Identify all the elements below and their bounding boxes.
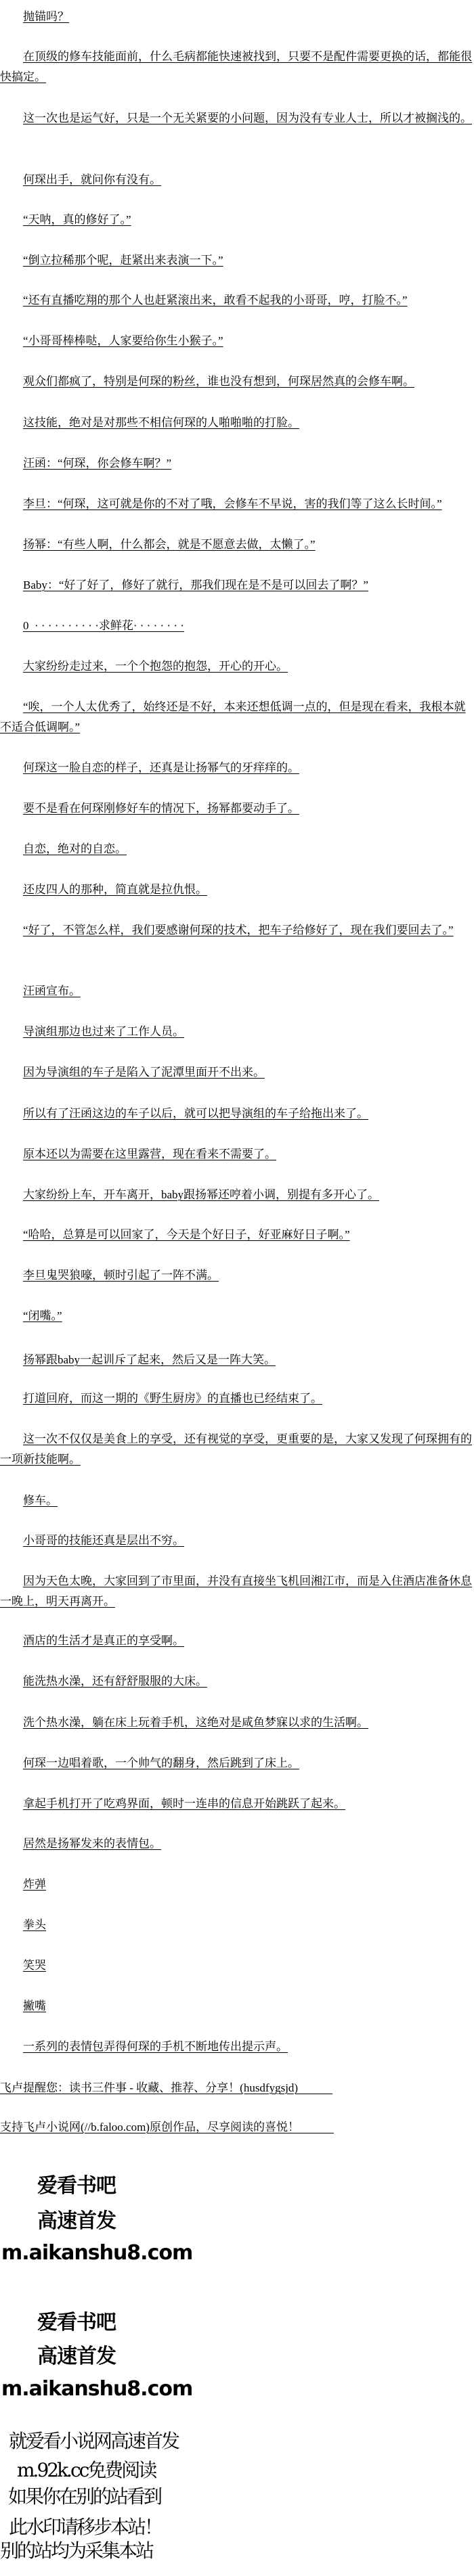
watermark-line: m.92k.cc免费阅读 xyxy=(17,2459,155,2482)
paragraph: “天呐，真的修好了。” xyxy=(0,210,474,230)
novel-reader-page: 抛锚吗？在顶级的修车技能面前，什么毛病都能快速被找到，只要不是配件需要更换的话，… xyxy=(0,0,474,2576)
paragraph: “唉，一个人太优秀了，始终还是不好，本来还想低调一点的，但是现在看来，我根本就不… xyxy=(0,697,474,738)
paragraph: 这一次也是运气好，只是一个无关紧要的小问题，因为没有专业人士，所以才被搁浅的。 xyxy=(0,108,474,129)
promo-line: 高速首发 xyxy=(37,2345,116,2368)
paragraph: 何琛出手，就问你有没有。 xyxy=(0,170,474,190)
paragraph: “倒立拉稀那个呢，赶紧出来表演一下。” xyxy=(0,250,474,271)
paragraph: 李旦鬼哭狼嚎，顿时引起了一阵不满。 xyxy=(0,1265,474,1286)
paragraph: 修车。 xyxy=(0,1491,474,1511)
paragraph: 打道回府，而这一期的《野生厨房》的直播也已经结束了。 xyxy=(0,1388,474,1409)
paragraph: “还有直播吃翔的那个人也赶紧滚出来，敢看不起我的小哥哥，哼，打脸不。” xyxy=(0,290,474,311)
paragraph: “哈哈，总算是可以回家了，今天是个好日子，好亚麻好日子啊。” xyxy=(0,1225,474,1245)
paragraph: 能洗热水澡，还有舒舒服服的大床。 xyxy=(0,1671,474,1692)
paragraph: 大家纷纷走过来，一个个抱怨的抱怨，开心的开心。 xyxy=(0,656,474,677)
paragraph: 拳头 xyxy=(0,1915,474,1935)
paragraph: Baby：“好了好了，修好了就行，那我们现在是不是可以回去了啊？” xyxy=(0,575,474,595)
paragraph: 还皮四人的那种，简直就是拉仇恨。 xyxy=(0,880,474,900)
paragraph: 原本还以为需要在这里露营，现在看来不需要了。 xyxy=(0,1144,474,1165)
paragraph: 一系列的表情包弄得何琛的手机不断地传出提示声。 xyxy=(0,2037,474,2057)
paragraph: 何琛这一脸自恋的样子，还真是让扬幂气的牙痒痒的。 xyxy=(0,758,474,778)
promo-line: m.aikanshu8.com xyxy=(1,2242,192,2265)
paragraph: 所以有了汪函这边的车子以后，就可以把导演组的车子给拖出来了。 xyxy=(0,1104,474,1124)
paragraph: 酒店的生活才是真正的享受啊。 xyxy=(0,1631,474,1651)
watermark-line: 此水印请移步本站！ xyxy=(9,2516,161,2539)
paragraph: 支持飞卢小说网(//b.faloo.com)原创作品，尽享阅读的喜悦！ xyxy=(0,2117,474,2138)
paragraph: 抛锚吗？ xyxy=(0,7,474,27)
paragraph: 何琛一边唱着歌，一个帅气的翻身，然后跳到了床上。 xyxy=(0,1753,474,1773)
paragraph: “好了，不管怎么样，我们要感谢何琛的技术，把车子给修好了，现在我们要回去了。” xyxy=(0,920,474,941)
paragraph: 0 · · · · · · · · · ·求鲜花· · · · · · · · xyxy=(0,616,474,636)
paragraph: 因为天色太晚，大家回到了市里面，并没有直接坐飞机回湘江市，而是入住酒店准备休息一… xyxy=(0,1571,474,1612)
paragraph: 扬幂：“有些人啊，什么都会，就是不愿意去做，太懒了。” xyxy=(0,535,474,555)
promo-line: 高速首发 xyxy=(37,2210,116,2233)
promo-line: 爱看书吧 xyxy=(37,2311,116,2334)
paragraph: 在顶级的修车技能面前，什么毛病都能快速被找到，只要不是配件需要更换的话，都能很快… xyxy=(0,47,474,87)
paragraph: 自恋，绝对的自恋。 xyxy=(0,839,474,859)
paragraph: 大家纷纷上车，开车离开，baby跟扬幂还哼着小调，别提有多开心了。 xyxy=(0,1185,474,1205)
paragraph: 撇嘴 xyxy=(0,1996,474,2016)
watermark-line: 就爱看小说网高速首发 xyxy=(9,2430,178,2453)
paragraph: “小哥哥棒棒哒，人家要给你生小猴子。” xyxy=(0,331,474,351)
paragraph: 李旦：“何琛，这可就是你的不对了哦，会修车不早说，害的我们等了这么长时间。” xyxy=(0,494,474,514)
paragraph: 观众们都疯了，特别是何琛的粉丝，谁也没有想到，何琛居然真的会修车啊。 xyxy=(0,371,474,392)
paragraph: 汪函：“何琛，你会修车啊？” xyxy=(0,453,474,474)
watermark-line: 如果你在别的站看到 xyxy=(8,2485,160,2508)
paragraph: 笑哭 xyxy=(0,1956,474,1976)
paragraph: 汪函宣布。 xyxy=(0,981,474,1001)
paragraph: 拿起手机打开了吃鸡界面，顿时一连串的信息开始跳跃了起来。 xyxy=(0,1794,474,1814)
paragraph: 扬幂跟baby一起训斥了起来，然后又是一阵大笑。 xyxy=(0,1350,474,1370)
paragraph: 这一次不仅仅是美食上的享受，还有视觉的享受，更重要的是，大家又发现了何琛拥有的一… xyxy=(0,1429,474,1470)
promo-line: m.aikanshu8.com xyxy=(1,2378,192,2401)
watermark-line: 别的站均为采集本站 xyxy=(0,2539,152,2562)
paragraph: 要不是看在何琛刚修好车的情况下，扬幂都要动手了。 xyxy=(0,798,474,819)
paragraph: 导演组那边也过来了工作人员。 xyxy=(0,1022,474,1042)
paragraph: 这技能，绝对是对那些不相信何琛的人啪啪啪的打脸。 xyxy=(0,413,474,433)
paragraph: 飞卢提醒您：读书三件事 - 收藏、推荐、分享！(husdfygsjd) xyxy=(0,2078,474,2098)
paragraph: 洗个热水澡，躺在床上玩着手机，这绝对是咸鱼梦寐以求的生活啊。 xyxy=(0,1713,474,1733)
paragraph: 居然是扬幂发来的表情包。 xyxy=(0,1834,474,1854)
paragraph: 因为导演组的车子是陷入了泥潭里面开不出来。 xyxy=(0,1062,474,1083)
paragraph: 小哥哥的技能还真是层出不穷。 xyxy=(0,1531,474,1551)
paragraph: “闭嘴。” xyxy=(0,1306,474,1326)
paragraph: 炸弹 xyxy=(0,1874,474,1895)
promo-line: 爱看书吧 xyxy=(37,2175,116,2198)
